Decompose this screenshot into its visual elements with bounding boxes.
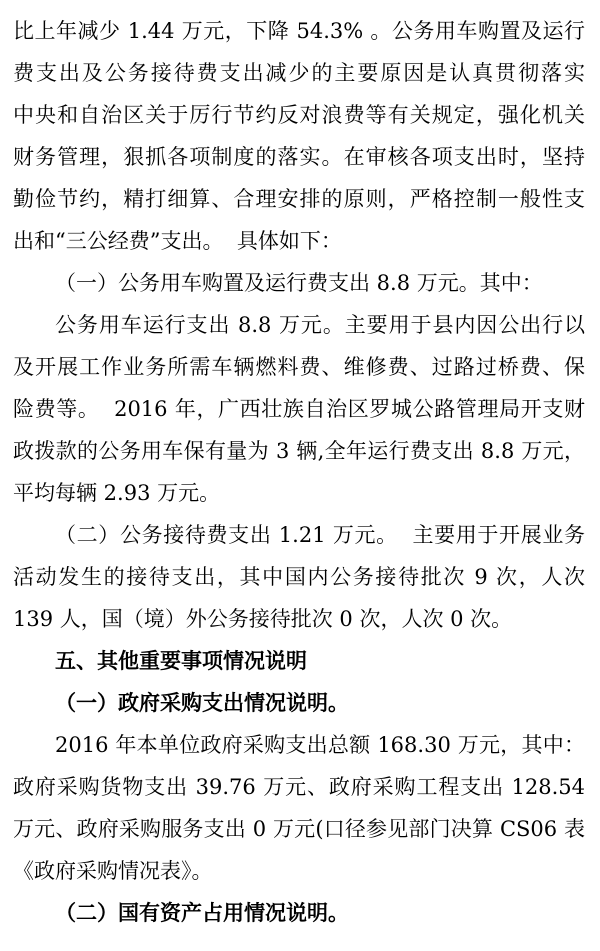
text-line: 万元、政府采购服务支出 0 万元(口径参见部门决算 CS06 表 bbox=[13, 808, 585, 850]
text-line: 出和“三公经费”支出。 具体如下： bbox=[13, 220, 585, 262]
list-item-lead: （一）公务用车购置及运行费支出 8.8 万元。其中： bbox=[13, 262, 585, 304]
text-line: 费支出及公务接待费支出减少的主要原因是认真贯彻落实 bbox=[13, 52, 585, 94]
text-line: 比上年减少 1.44 万元，下降 54.3% 。公务用车购置及运行 bbox=[13, 10, 585, 52]
text-line: 勤俭节约，精打细算、合理安排的原则，严格控制一般性支 bbox=[13, 178, 585, 220]
text-line: 2016 年本单位政府采购支出总额 168.30 万元，其中： bbox=[13, 724, 585, 766]
text-line: 政拨款的公务用车保有量为 3 辆,全年运行费支出 8.8 万元， bbox=[13, 430, 585, 472]
text-line: 中央和自治区关于厉行节约反对浪费等有关规定，强化机关 bbox=[13, 94, 585, 136]
text-line: 及开展工作业务所需车辆燃料费、维修费、过路过桥费、保 bbox=[13, 346, 585, 388]
section-heading: 五、其他重要事项情况说明 bbox=[13, 640, 585, 682]
document-page: 比上年减少 1.44 万元，下降 54.3% 。公务用车购置及运行 费支出及公务… bbox=[0, 0, 600, 951]
text-line: 公务用车运行支出 8.8 万元。主要用于县内因公出行以 bbox=[13, 304, 585, 346]
text-line: 139 人，国（境）外公务接待批次 0 次，人次 0 次。 bbox=[13, 598, 585, 640]
text-line: 政府采购货物支出 39.76 万元、政府采购工程支出 128.54 bbox=[13, 766, 585, 808]
text-line: 财务管理，狠抓各项制度的落实。在审核各项支出时，坚持 bbox=[13, 136, 585, 178]
section-heading: （二）国有资产占用情况说明。 bbox=[13, 892, 585, 934]
section-heading: （一）政府采购支出情况说明。 bbox=[13, 682, 585, 724]
text-line: 平均每辆 2.93 万元。 bbox=[13, 472, 585, 514]
text-line: 活动发生的接待支出，其中国内公务接待批次 9 次，人次 bbox=[13, 556, 585, 598]
text-line: 《政府采购情况表》。 bbox=[13, 850, 585, 892]
list-item-lead: （二）公务接待费支出 1.21 万元。 主要用于开展业务 bbox=[13, 514, 585, 556]
text-line: 险费等。 2016 年，广西壮族自治区罗城公路管理局开支财 bbox=[13, 388, 585, 430]
